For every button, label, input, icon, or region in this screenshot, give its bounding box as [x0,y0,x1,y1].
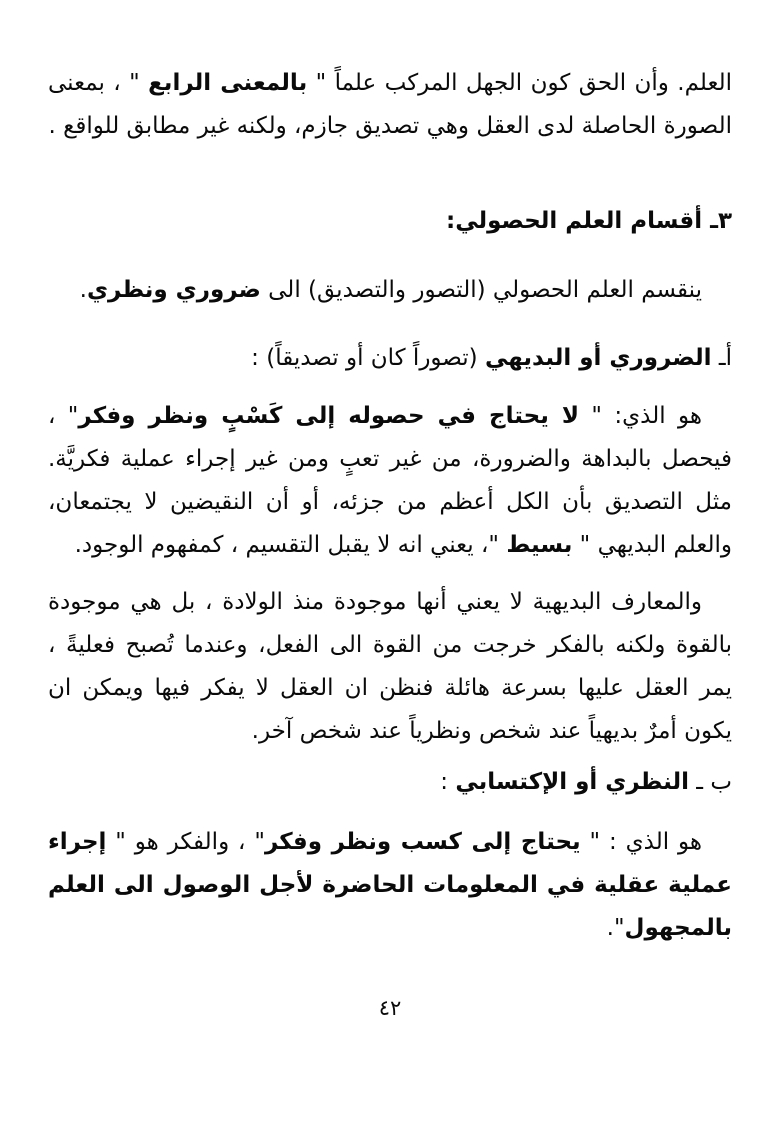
text-segment: العلم. وأن الحق كون الجهل المركب علماً " [307,70,732,96]
page-number: ٤٢ [48,996,732,1020]
heading-prefix: ب ـ [689,769,732,795]
heading-suffix: : [440,769,455,795]
paragraph-division-intro: ينقسم العلم الحصولي (التصور والتصديق) ال… [48,269,732,312]
heading-prefix: أـ [712,345,732,371]
text-segment: هو الذي : " [581,829,702,855]
section-heading-divisions-of-husuli-knowledge: ٣ـ أقسام العلم الحصولي: [48,200,732,243]
paragraph-compound-ignorance: العلم. وأن الحق كون الجهل المركب علماً "… [48,62,732,148]
subsection-heading-necessary-or-selfevident: أـ الضروري أو البديهي (تصوراً كان أو تصد… [48,337,732,380]
paragraph-necessary-definition: هو الذي: " لا يحتاج في حصوله إلى كَسْبٍ … [48,395,732,567]
bold-phrase-no-need-of-acquisition: لا يحتاج في حصوله إلى كَسْبٍ ونظر وفكر [78,403,579,429]
bold-phrase-necessary-and-theoretical: ضروري ونظري [87,277,261,303]
heading-text: ٣ـ أقسام العلم الحصولي: [446,208,732,234]
text-segment: ينقسم العلم الحصولي (التصور والتصديق) ال… [261,277,702,303]
heading-bold-text: النظري أو الإكتسابي [455,769,689,795]
paragraph-theoretical-definition: هو الذي : " يحتاج إلى كسب ونظر وفكر" ، و… [48,821,732,950]
paragraph-selfevident-knowledge-explanation: والمعارف البديهية لا يعني أنها موجودة من… [48,581,732,753]
heading-bold-text: الضروري أو البديهي [485,345,712,371]
text-segment: "، يعني انه لا يقبل التقسيم ، كمفهوم الو… [75,532,507,558]
heading-suffix: (تصوراً كان أو تصديقاً) : [251,345,485,371]
text-segment: " ، والفكر هو " [106,829,265,855]
bold-phrase-fourth-meaning: بالمعنى الرابع [148,70,307,96]
text-segment: ". [607,915,625,941]
bold-phrase-needs-acquisition-and-thought: يحتاج إلى كسب ونظر وفكر [265,829,581,855]
text-segment: والمعارف البديهية لا يعني أنها موجودة من… [48,589,732,744]
bold-phrase-simple: بسيط [506,532,572,558]
scanned-book-page: العلم. وأن الحق كون الجهل المركب علماً "… [0,0,784,1128]
text-segment: هو الذي: " [579,403,702,429]
subsection-heading-theoretical-or-acquired: ب ـ النظري أو الإكتسابي : [48,761,732,804]
text-segment: . [80,277,87,303]
